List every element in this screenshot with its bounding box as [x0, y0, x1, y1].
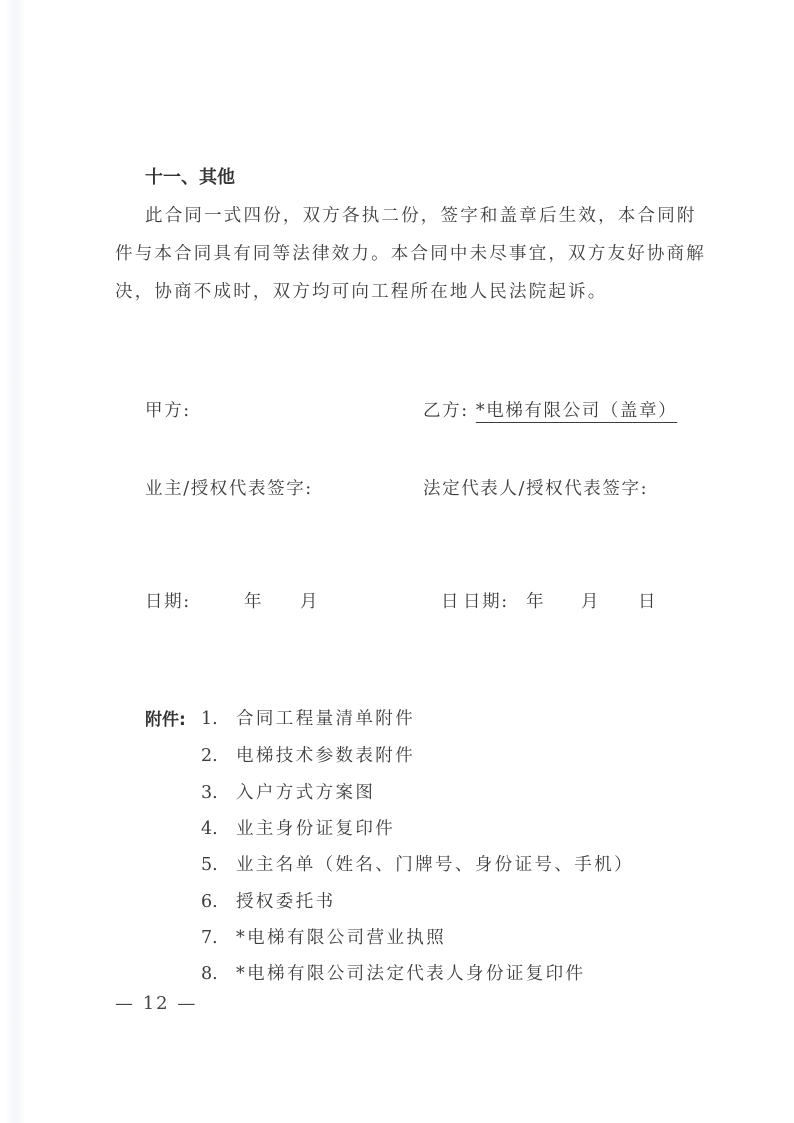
attachment-item-6: 6.授权委托书	[201, 888, 336, 913]
attachment-item-4: 4.业主身份证复印件	[201, 815, 395, 840]
party-b-sign-label: 法定代表人/授权代表签字:	[423, 475, 648, 500]
party-b-date-prefix: 日	[441, 588, 460, 613]
paragraph-line-3: 决，协商不成时，双方均可向工程所在地人民法院起诉。	[115, 273, 608, 311]
party-b-company: *电梯有限公司（盖章）	[476, 401, 677, 421]
party-b-date-label: 日期:	[463, 588, 509, 613]
party-b-date-day: 日	[638, 588, 657, 613]
paragraph-line-1: 此合同一式四份，双方各执二份，签字和盖章后生效，本合同附	[145, 197, 697, 235]
party-b-block: 乙方: *电梯有限公司（盖章）	[423, 397, 677, 422]
paragraph-line-2: 件与本合同具有同等法律效力。本合同中未尽事宜，双方友好协商解	[115, 235, 706, 273]
party-a-date-year: 年	[244, 588, 263, 613]
party-b-date-month: 月	[581, 588, 600, 613]
attachments-label: 附件:	[145, 705, 186, 730]
attachment-item-5: 5.业主名单（姓名、门牌号、身份证号、手机）	[201, 851, 634, 876]
party-a-date-label: 日期:	[145, 588, 191, 613]
party-b-date-year: 年	[526, 588, 545, 613]
attachment-item-2: 2.电梯技术参数表附件	[201, 742, 415, 767]
section-heading: 十一、其他	[145, 163, 235, 189]
attachment-item-1: 1.合同工程量清单附件	[201, 705, 415, 730]
page-number: — 12 —	[115, 993, 197, 1014]
party-a-sign-label: 业主/授权代表签字:	[145, 475, 313, 500]
scan-edge-artifact	[6, 0, 26, 1123]
attachment-item-3: 3.入户方式方案图	[201, 779, 375, 804]
attachment-item-8: 8.*电梯有限公司法定代表人身份证复印件	[201, 960, 585, 985]
party-b-label: 乙方:	[423, 401, 469, 421]
document-page: 十一、其他 此合同一式四份，双方各执二份，签字和盖章后生效，本合同附 件与本合同…	[0, 0, 794, 1123]
party-a-date-month: 月	[300, 588, 319, 613]
party-a-label: 甲方:	[145, 397, 191, 422]
attachment-item-7: 7.*电梯有限公司营业执照	[201, 924, 446, 949]
